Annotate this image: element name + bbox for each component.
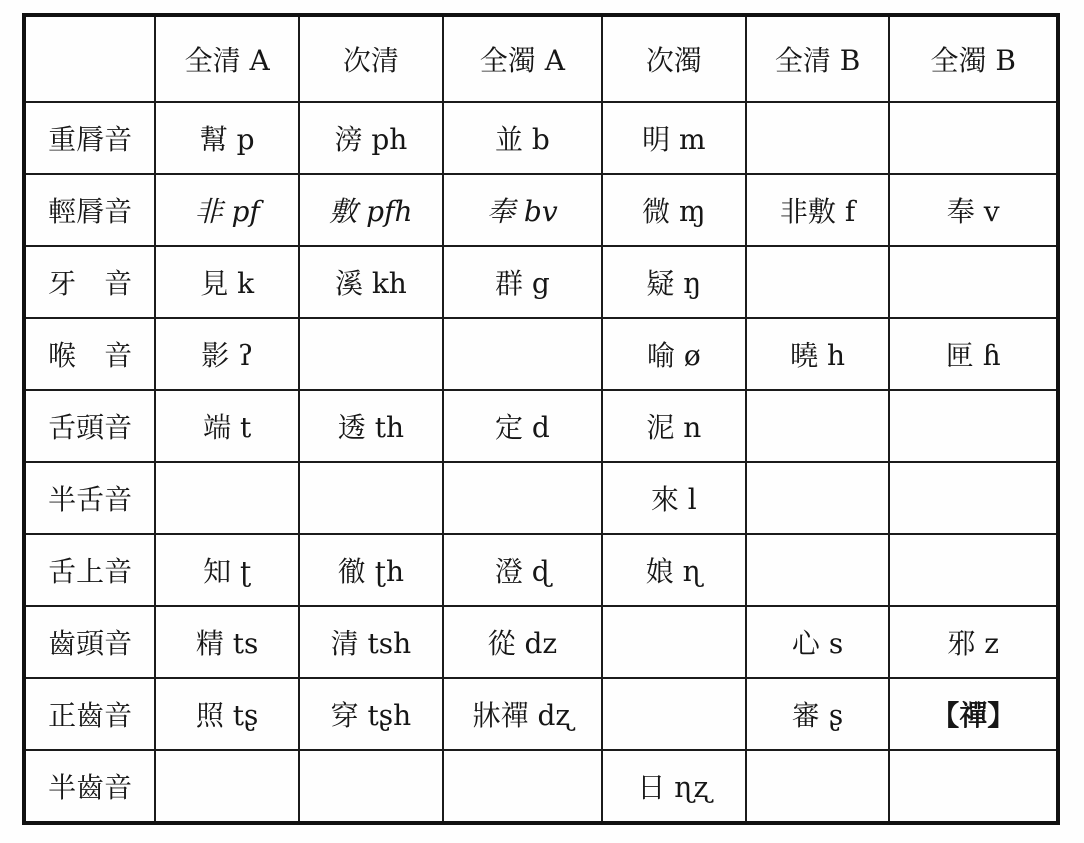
- initial-cell: 滂 ph: [299, 102, 443, 174]
- empty-cell: [746, 750, 890, 823]
- initial-cell: 曉 h: [746, 318, 890, 390]
- initial-cell: 疑 ŋ: [602, 246, 746, 318]
- corner-cell: [24, 15, 155, 102]
- table-row: 舌上音知 ʈ徹 ʈh澄 ɖ娘 ɳ: [24, 534, 1058, 606]
- empty-cell: [155, 462, 299, 534]
- empty-cell: [602, 678, 746, 750]
- row-label: 舌頭音: [24, 390, 155, 462]
- column-header: 全濁 B: [889, 15, 1058, 102]
- middle-chinese-initials-table: 全清 A次清全濁 A次濁全清 B全濁 B 重脣音幫 p滂 ph並 b明 m輕脣音…: [22, 13, 1060, 825]
- table-row: 舌頭音端 t透 th定 d泥 n: [24, 390, 1058, 462]
- initial-cell: 端 t: [155, 390, 299, 462]
- empty-cell: [443, 750, 602, 823]
- initial-cell: 牀禪 dʐ: [443, 678, 602, 750]
- initial-cell: 群 g: [443, 246, 602, 318]
- column-header: 全清 B: [746, 15, 890, 102]
- empty-cell: [746, 102, 890, 174]
- empty-cell: [889, 102, 1058, 174]
- row-label: 齒頭音: [24, 606, 155, 678]
- initial-cell: 審 ʂ: [746, 678, 890, 750]
- table-body: 重脣音幫 p滂 ph並 b明 m輕脣音非 pf敷 pfh奉 bv微 ɱ非敷 f奉…: [24, 102, 1058, 823]
- empty-cell: [155, 750, 299, 823]
- row-label: 輕脣音: [24, 174, 155, 246]
- initial-cell: 並 b: [443, 102, 602, 174]
- scanned-document-page: 全清 A次清全濁 A次濁全清 B全濁 B 重脣音幫 p滂 ph並 b明 m輕脣音…: [0, 0, 1084, 843]
- initial-cell: 幫 p: [155, 102, 299, 174]
- initial-cell: 奉 v: [889, 174, 1058, 246]
- initial-cell: 奉 bv: [443, 174, 602, 246]
- table-row: 重脣音幫 p滂 ph並 b明 m: [24, 102, 1058, 174]
- initial-cell: 日 ɳʐ: [602, 750, 746, 823]
- initial-cell: 知 ʈ: [155, 534, 299, 606]
- initial-cell: 泥 n: [602, 390, 746, 462]
- row-label: 牙 音: [24, 246, 155, 318]
- initial-cell: 非 pf: [155, 174, 299, 246]
- initial-cell: 見 k: [155, 246, 299, 318]
- table-row: 半舌音來 l: [24, 462, 1058, 534]
- empty-cell: [746, 534, 890, 606]
- empty-cell: [299, 750, 443, 823]
- initial-cell: 明 m: [602, 102, 746, 174]
- initial-cell: 定 d: [443, 390, 602, 462]
- row-label: 半齒音: [24, 750, 155, 823]
- initial-cell: 微 ɱ: [602, 174, 746, 246]
- initial-cell: 從 dz: [443, 606, 602, 678]
- row-label: 喉 音: [24, 318, 155, 390]
- row-label: 半舌音: [24, 462, 155, 534]
- empty-cell: [746, 390, 890, 462]
- initial-cell: 溪 kh: [299, 246, 443, 318]
- column-header: 次濁: [602, 15, 746, 102]
- initial-cell: 非敷 f: [746, 174, 890, 246]
- empty-cell: [889, 534, 1058, 606]
- initial-cell: 影 ʔ: [155, 318, 299, 390]
- initial-cell: 精 ts: [155, 606, 299, 678]
- initial-cell: 敷 pfh: [299, 174, 443, 246]
- initial-cell: 穿 tʂh: [299, 678, 443, 750]
- table-header: 全清 A次清全濁 A次濁全清 B全濁 B: [24, 15, 1058, 102]
- row-label: 重脣音: [24, 102, 155, 174]
- initial-cell: 來 l: [602, 462, 746, 534]
- table-row: 半齒音日 ɳʐ: [24, 750, 1058, 823]
- empty-cell: [889, 246, 1058, 318]
- initial-cell: 娘 ɳ: [602, 534, 746, 606]
- table-row: 喉 音影 ʔ喻 ø曉 h匣 ɦ: [24, 318, 1058, 390]
- empty-cell: [299, 318, 443, 390]
- initial-cell: 邪 z: [889, 606, 1058, 678]
- empty-cell: [889, 750, 1058, 823]
- column-header: 次清: [299, 15, 443, 102]
- column-header: 全濁 A: [443, 15, 602, 102]
- empty-cell: [889, 462, 1058, 534]
- empty-cell: [602, 606, 746, 678]
- empty-cell: [443, 462, 602, 534]
- table-row: 齒頭音精 ts清 tsh從 dz心 s邪 z: [24, 606, 1058, 678]
- empty-cell: [299, 462, 443, 534]
- row-label: 正齒音: [24, 678, 155, 750]
- empty-cell: [746, 462, 890, 534]
- initial-cell: 匣 ɦ: [889, 318, 1058, 390]
- initial-cell: 照 tʂ: [155, 678, 299, 750]
- empty-cell: [443, 318, 602, 390]
- initial-cell: 澄 ɖ: [443, 534, 602, 606]
- initial-cell: 徹 ʈh: [299, 534, 443, 606]
- initial-cell: 【禪】: [889, 678, 1058, 750]
- initial-cell: 透 th: [299, 390, 443, 462]
- row-label: 舌上音: [24, 534, 155, 606]
- initial-cell: 喻 ø: [602, 318, 746, 390]
- table-row: 牙 音見 k溪 kh群 g疑 ŋ: [24, 246, 1058, 318]
- empty-cell: [889, 390, 1058, 462]
- table-row: 正齒音照 tʂ穿 tʂh牀禪 dʐ審 ʂ【禪】: [24, 678, 1058, 750]
- column-header: 全清 A: [155, 15, 299, 102]
- header-row: 全清 A次清全濁 A次濁全清 B全濁 B: [24, 15, 1058, 102]
- initial-cell: 清 tsh: [299, 606, 443, 678]
- empty-cell: [746, 246, 890, 318]
- table-row: 輕脣音非 pf敷 pfh奉 bv微 ɱ非敷 f奉 v: [24, 174, 1058, 246]
- initial-cell: 心 s: [746, 606, 890, 678]
